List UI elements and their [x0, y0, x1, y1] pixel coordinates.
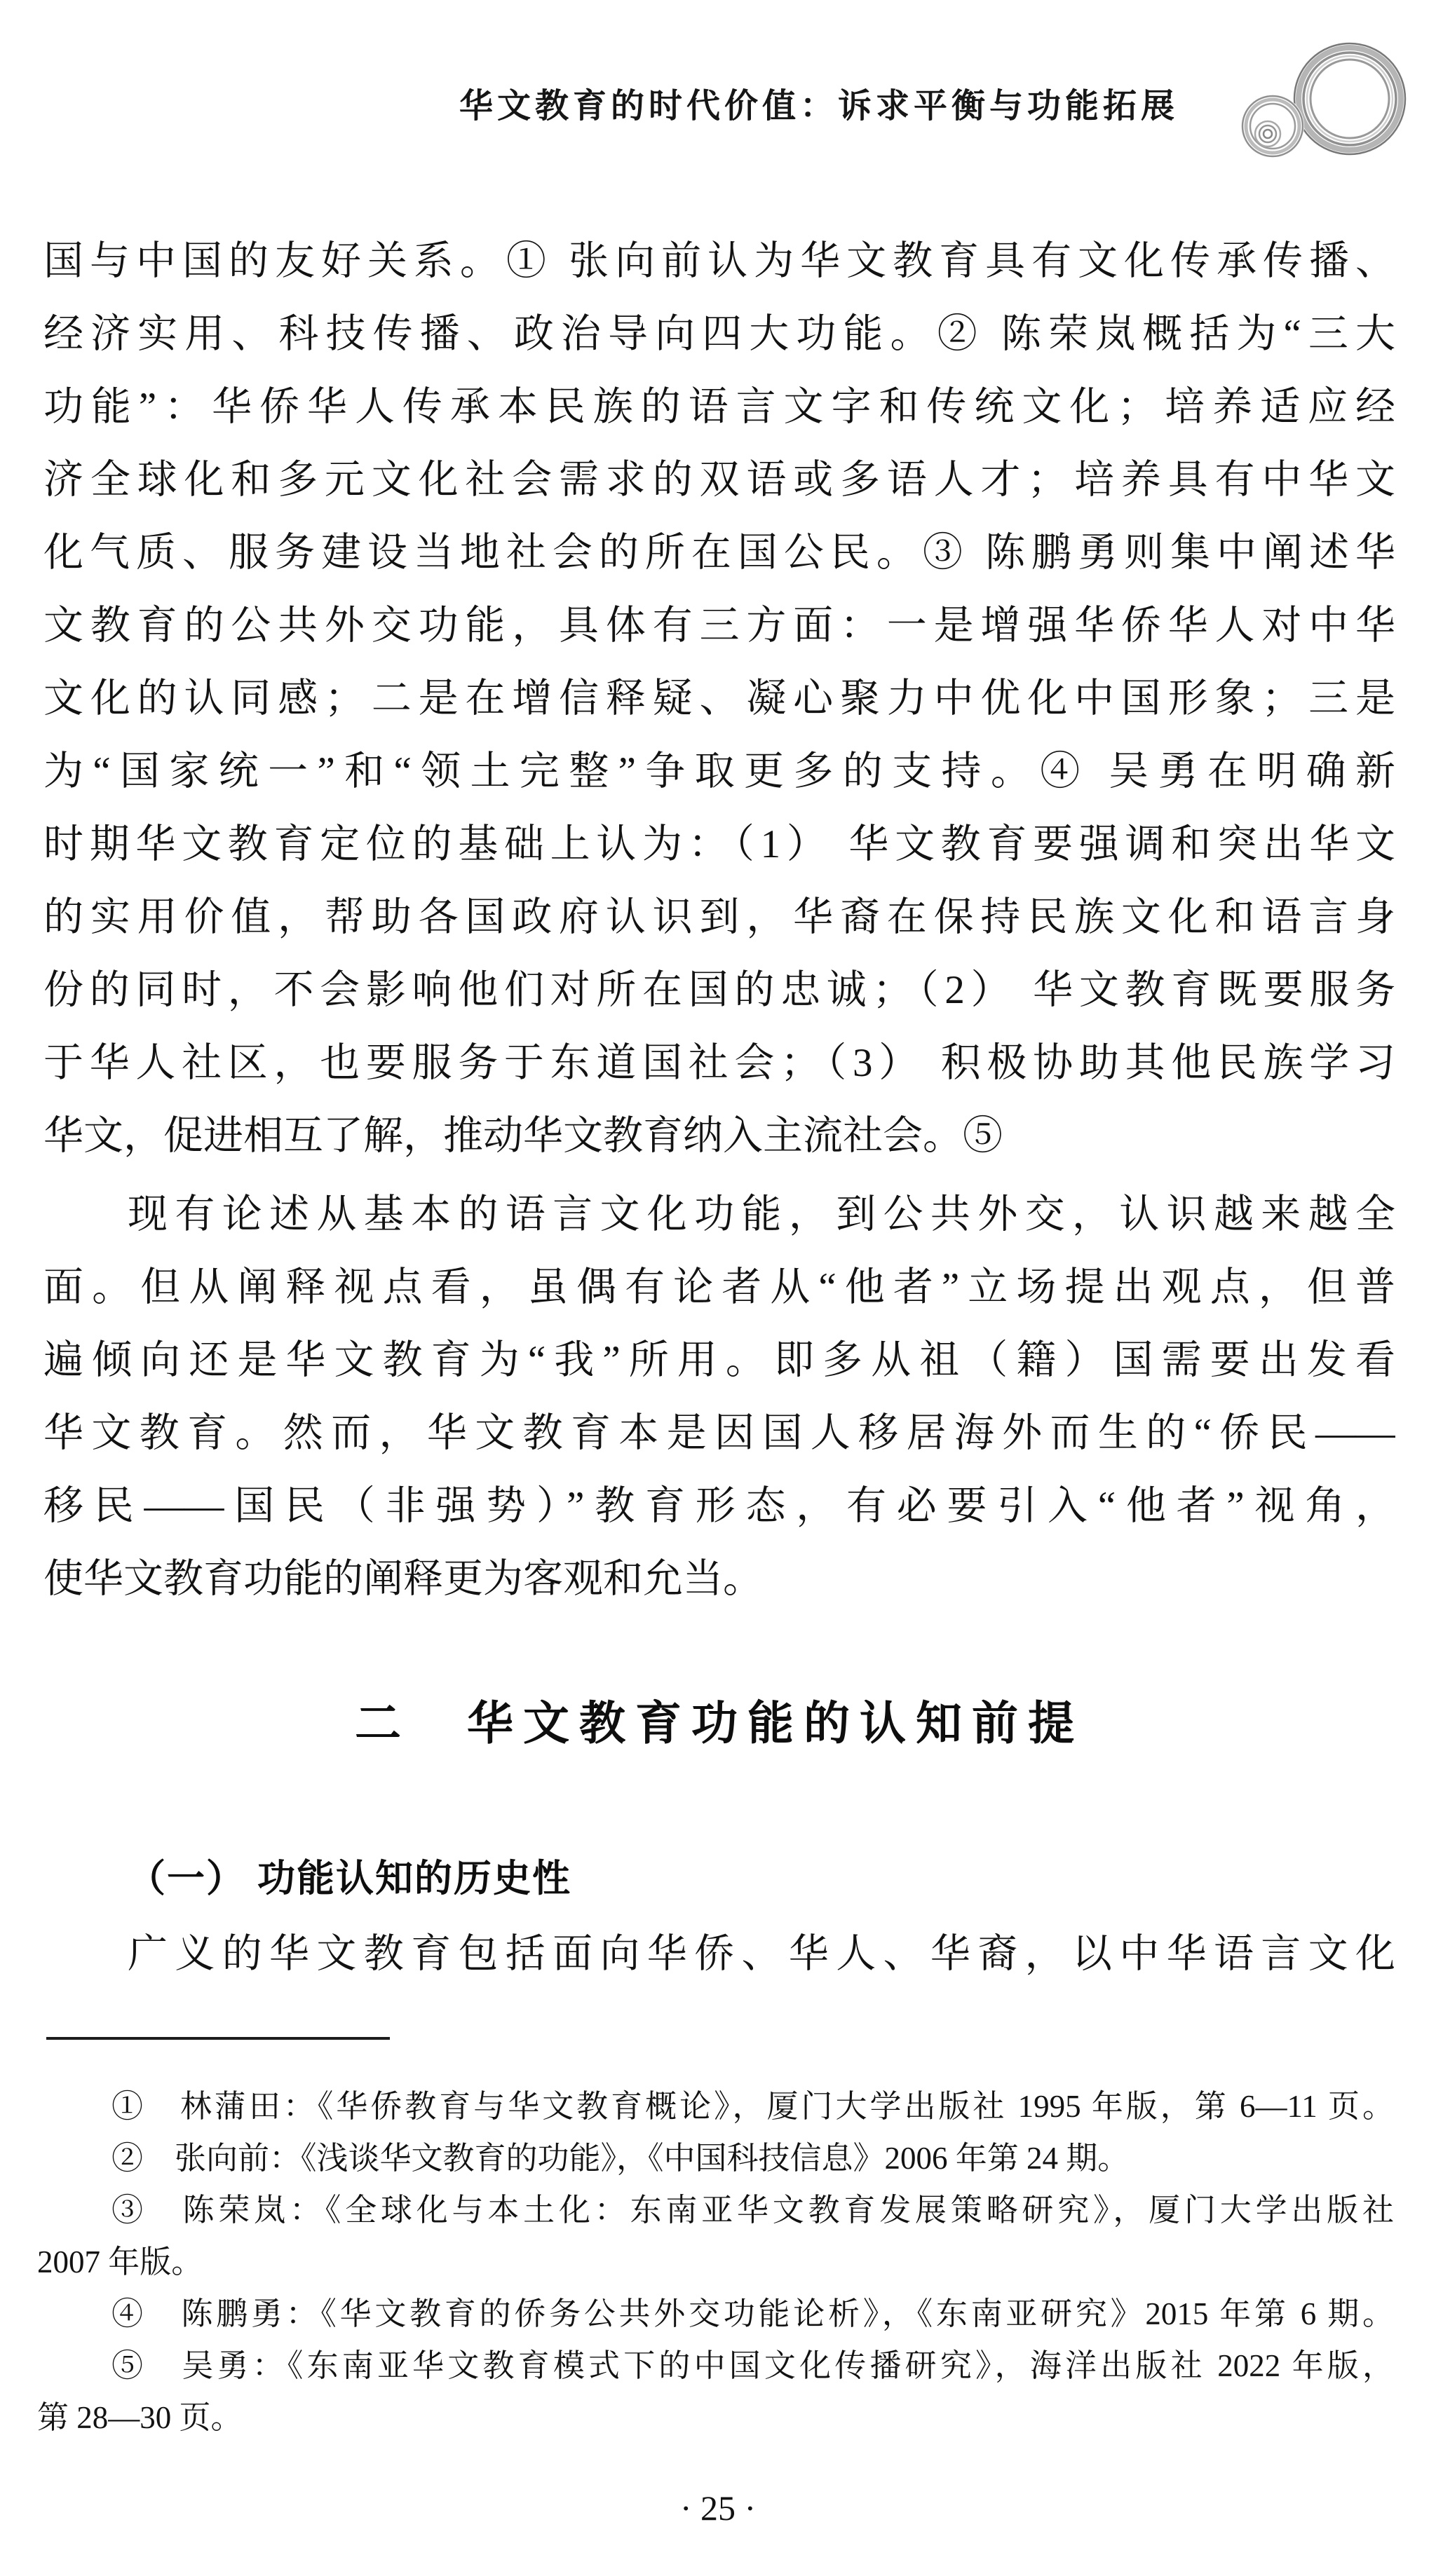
- text-line: 国与中国的友好关系。① 张向前认为华文教育具有文化传承传播、: [43, 225, 1395, 298]
- footnote-divider: [46, 2037, 390, 2040]
- text-line: 化气质、服务建设当地社会的所在国公民。③ 陈鹏勇则集中阐述华: [43, 517, 1395, 590]
- text-line: 华文，促进相互了解，推动华文教育纳入主流社会。⑤: [43, 1100, 1395, 1173]
- text-line: 的实用价值，帮助各国政府认识到，华裔在保持民族文化和语言身: [43, 881, 1395, 954]
- text-line: 功能”：华侨华人传承本民族的语言文字和传统文化；培养适应经: [43, 371, 1395, 444]
- text-line: 华文教育。然而，华文教育本是因国人移居海外而生的“侨民——: [43, 1397, 1395, 1470]
- paragraph: 现有论述从基本的语言文化功能，到公共外交，认识越来越全面。但从阐释视点看，虽偶有…: [43, 1178, 1395, 1616]
- text-line: 时期华文教育定位的基础上认为：（1） 华文教育要强调和突出华文: [43, 808, 1395, 881]
- text-line: 文教育的公共外交功能，具体有三方面：一是增强华侨华人对中华: [43, 590, 1395, 662]
- page-content: 国与中国的友好关系。① 张向前认为华文教育具有文化传承传播、经济实用、科技传播、…: [43, 225, 1395, 1991]
- page-number: · 25 ·: [0, 2487, 1436, 2529]
- paragraph: 广义的华文教育包括面向华侨、华人、华裔，以中华语言文化: [43, 1918, 1395, 1991]
- footnote: ⑤ 吴勇：《东南亚华文教育模式下的中国文化传播研究》，海洋出版社 2022 年版…: [37, 2340, 1394, 2444]
- footnote: ④ 陈鹏勇：《华文教育的侨务公共外交功能论析》，《东南亚研究》2015 年第 6…: [37, 2288, 1394, 2340]
- text-line: 文化的认同感；二是在增信释疑、凝心聚力中优化中国形象；三是: [43, 662, 1395, 735]
- text-line: ⑤ 吴勇：《东南亚华文教育模式下的中国文化传播研究》，海洋出版社 2022 年版…: [37, 2340, 1394, 2392]
- running-title: 华文教育的时代价值：诉求平衡与功能拓展: [459, 79, 1179, 127]
- text-line: ③ 陈荣岚：《全球化与本土化：东南亚华文教育发展策略研究》，厦门大学出版社: [37, 2184, 1394, 2236]
- book-page: 华文教育的时代价值：诉求平衡与功能拓展 国与中国的友好关系。① 张向前认为华文教…: [0, 0, 1436, 2576]
- footnotes: ① 林蒲田：《华侨教育与华文教育概论》，厦门大学出版社 1995 年版，第 6—…: [37, 2080, 1394, 2444]
- text-line: 份的同时，不会影响他们对所在国的忠诚；（2） 华文教育既要服务: [43, 954, 1395, 1027]
- text-line: 为“国家统一”和“领土完整”争取更多的支持。④ 吴勇在明确新: [43, 735, 1395, 808]
- paragraph-continued: 国与中国的友好关系。① 张向前认为华文教育具有文化传承传播、经济实用、科技传播、…: [43, 225, 1395, 1173]
- text-line: 广义的华文教育包括面向华侨、华人、华裔，以中华语言文化: [43, 1918, 1395, 1991]
- decorative-rings-icon: [1221, 32, 1431, 172]
- text-line: 经济实用、科技传播、政治导向四大功能。② 陈荣岚概括为“三大: [43, 298, 1395, 371]
- subsection-heading: （一） 功能认知的历史性: [43, 1851, 1395, 1907]
- text-line: 使华文教育功能的阐释更为客观和允当。: [43, 1543, 1395, 1616]
- text-line: 现有论述从基本的语言文化功能，到公共外交，认识越来越全: [43, 1178, 1395, 1251]
- footnote: ③ 陈荣岚：《全球化与本土化：东南亚华文教育发展策略研究》，厦门大学出版社200…: [37, 2184, 1394, 2288]
- text-line: ④ 陈鹏勇：《华文教育的侨务公共外交功能论析》，《东南亚研究》2015 年第 6…: [37, 2288, 1394, 2340]
- footnote: ① 林蒲田：《华侨教育与华文教育概论》，厦门大学出版社 1995 年版，第 6—…: [37, 2080, 1394, 2132]
- text-line: ① 林蒲田：《华侨教育与华文教育概论》，厦门大学出版社 1995 年版，第 6—…: [37, 2080, 1394, 2132]
- section-heading: 二 华文教育功能的认知前提: [43, 1691, 1395, 1754]
- text-line: 济全球化和多元文化社会需求的双语或多语人才；培养具有中华文: [43, 444, 1395, 517]
- footnote: ② 张向前：《浅谈华文教育的功能》，《中国科技信息》2006 年第 24 期。: [37, 2132, 1394, 2184]
- text-line: 面。但从阐释视点看，虽偶有论者从“他者”立场提出观点，但普: [43, 1251, 1395, 1324]
- text-line: 第 28—30 页。: [37, 2392, 1394, 2444]
- text-line: 2007 年版。: [37, 2236, 1394, 2288]
- text-line: 于华人社区，也要服务于东道国社会；（3） 积极协助其他民族学习: [43, 1027, 1395, 1100]
- text-line: ② 张向前：《浅谈华文教育的功能》，《中国科技信息》2006 年第 24 期。: [37, 2132, 1394, 2184]
- text-line: 遍倾向还是华文教育为“我”所用。即多从祖（籍）国需要出发看: [43, 1324, 1395, 1397]
- text-line: 移民——国民（非强势）”教育形态，有必要引入“他者”视角，: [43, 1470, 1395, 1543]
